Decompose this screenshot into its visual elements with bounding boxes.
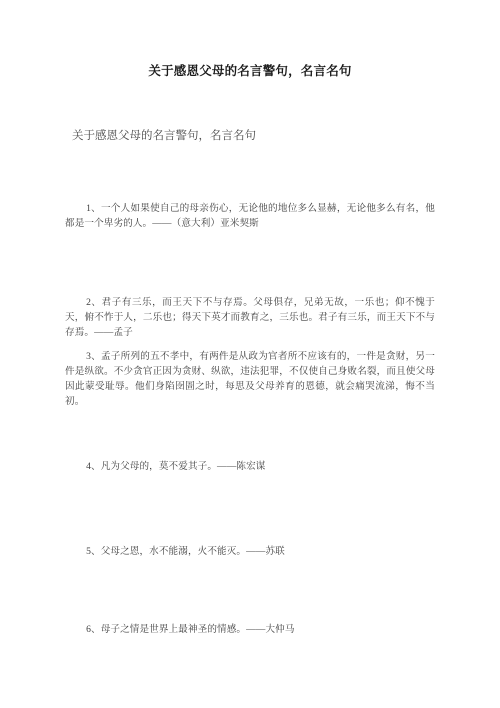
quote-paragraph-5: 5、父母之恩，水不能溺，火不能灭。——苏联	[65, 544, 435, 559]
quote-paragraph-3: 3、孟子所列的五不孝中，有两件是从政为官者所不应该有的，一件是贪财，另一件是纵欲…	[65, 349, 435, 409]
quote-paragraph-4: 4、凡为父母的，莫不爱其子。——陈宏谋	[65, 459, 435, 474]
quote-paragraph-6: 6、母子之情是世界上最神圣的情感。——大仲马	[65, 622, 435, 637]
quote-paragraph-2: 2、君子有三乐，而王天下不与存焉。父母俱存，兄弟无故，一乐也；仰不愧于天，俯不怍…	[65, 295, 435, 340]
page-title: 关于感恩父母的名言警句，名言名句	[0, 62, 500, 80]
document-subtitle: 关于感恩父母的名言警句，名言名句	[72, 129, 256, 144]
quote-paragraph-1: 1、一个人如果使自己的母亲伤心，无论他的地位多么显赫，无论他多么有名，他都是一个…	[65, 201, 435, 231]
document-page: 关于感恩父母的名言警句，名言名句 关于感恩父母的名言警句，名言名句 1、一个人如…	[0, 0, 500, 708]
